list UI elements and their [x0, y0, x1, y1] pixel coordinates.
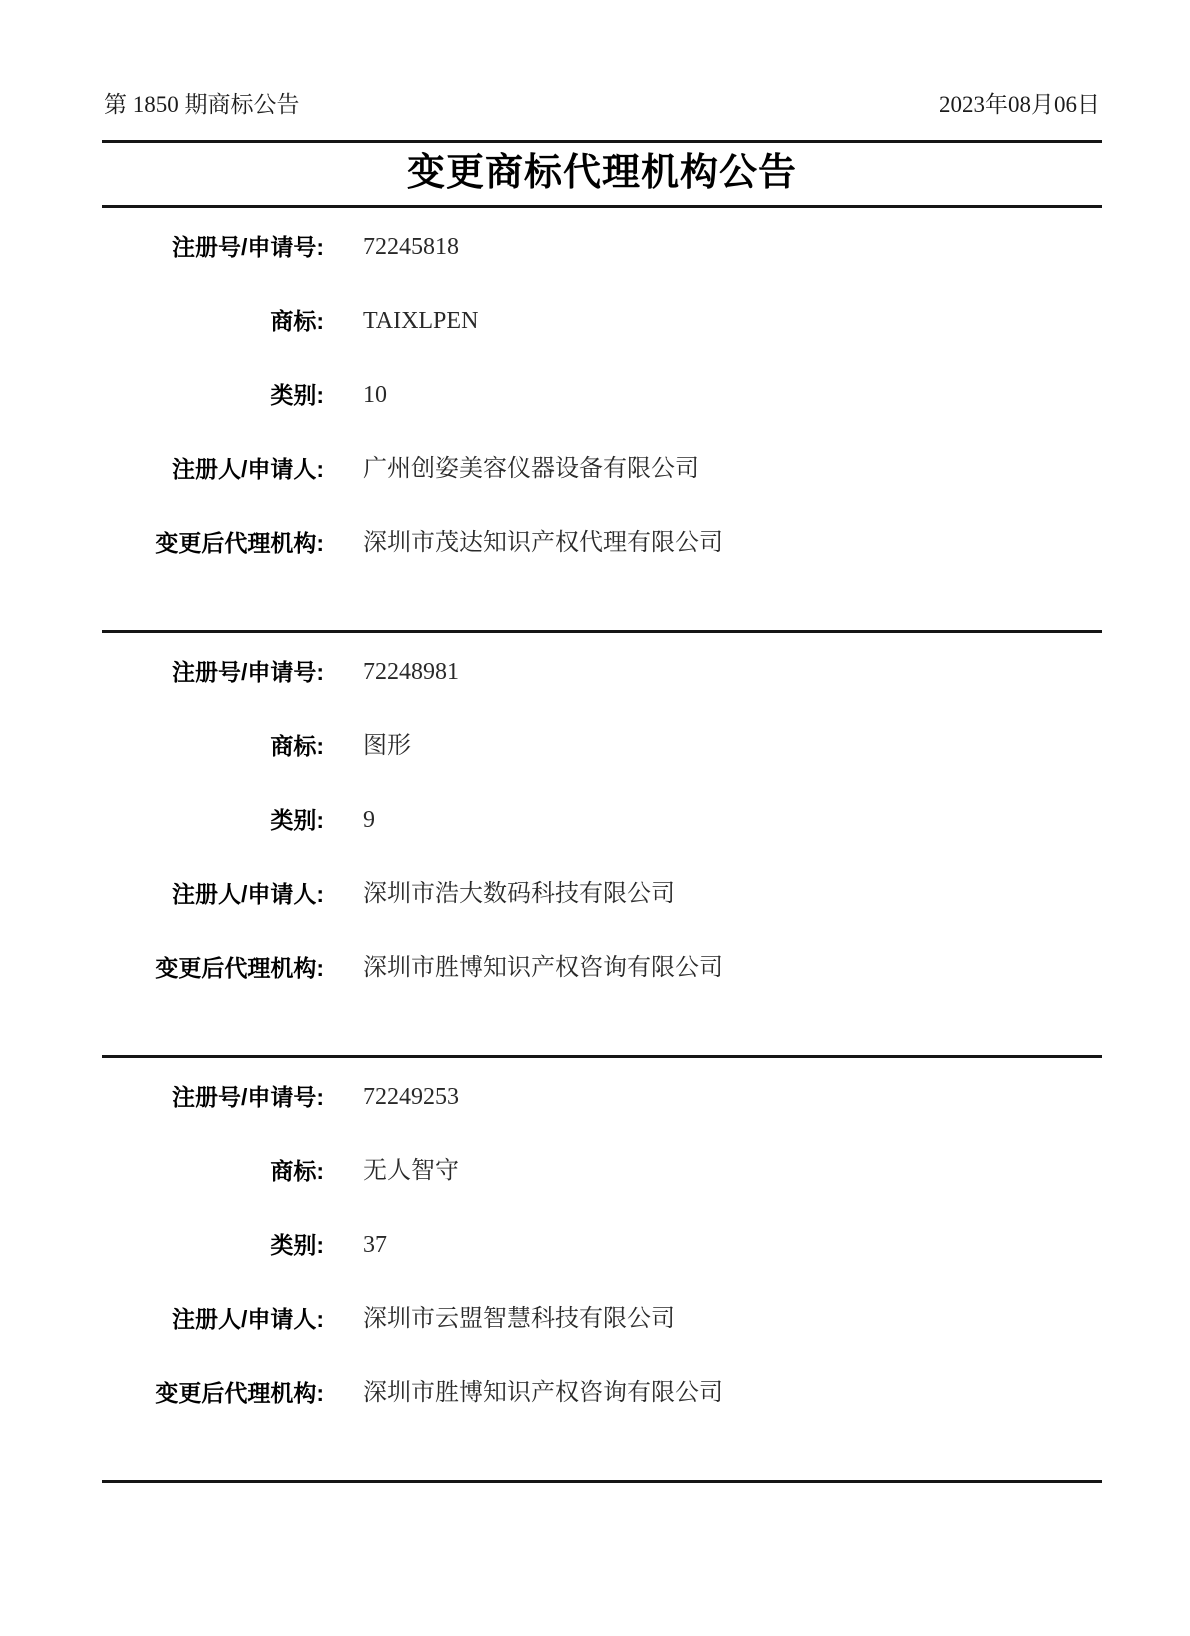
field-value-agency: 深圳市胜博知识产权咨询有限公司 [363, 953, 723, 983]
page-title: 变更商标代理机构公告 [102, 150, 1102, 196]
field-row-reg-no: 注册号/申请号: 72249253 [102, 1082, 1102, 1112]
issue-title: 第 1850 期商标公告 [104, 86, 300, 119]
bottom-rule [102, 1480, 1102, 1483]
field-label-applicant: 注册人/申请人: [102, 1304, 324, 1334]
field-label-reg-no: 注册号/申请号: [102, 1082, 324, 1112]
field-label-trademark: 商标: [102, 731, 324, 761]
field-row-trademark: 商标: 图形 [102, 731, 1102, 761]
header-rule [102, 140, 1102, 143]
field-value-applicant: 深圳市浩大数码科技有限公司 [363, 879, 675, 909]
field-value-agency: 深圳市茂达知识产权代理有限公司 [363, 528, 723, 558]
field-row-agency: 变更后代理机构: 深圳市胜博知识产权咨询有限公司 [102, 1378, 1102, 1408]
field-row-trademark: 商标: TAIXLPEN [102, 306, 1102, 336]
field-value-category: 37 [363, 1230, 387, 1260]
field-value-reg-no: 72245818 [363, 232, 459, 262]
field-row-reg-no: 注册号/申请号: 72248981 [102, 657, 1102, 687]
field-row-category: 类别: 10 [102, 380, 1102, 410]
field-label-applicant: 注册人/申请人: [102, 879, 324, 909]
field-label-agency: 变更后代理机构: [102, 1378, 324, 1408]
field-value-agency: 深圳市胜博知识产权咨询有限公司 [363, 1378, 723, 1408]
record-2: 注册号/申请号: 72248981 商标: 图形 类别: 9 注册人/申请人: … [102, 633, 1102, 1055]
field-value-trademark: TAIXLPEN [363, 306, 478, 336]
field-value-category: 10 [363, 380, 387, 410]
field-value-reg-no: 72248981 [363, 657, 459, 687]
field-value-trademark: 图形 [363, 731, 411, 761]
field-row-applicant: 注册人/申请人: 深圳市云盟智慧科技有限公司 [102, 1304, 1102, 1334]
field-value-trademark: 无人智守 [363, 1156, 459, 1186]
field-value-category: 9 [363, 805, 375, 835]
field-value-applicant: 广州创姿美容仪器设备有限公司 [363, 454, 699, 484]
field-label-applicant: 注册人/申请人: [102, 454, 324, 484]
field-row-agency: 变更后代理机构: 深圳市胜博知识产权咨询有限公司 [102, 953, 1102, 983]
page-header: 第 1850 期商标公告 2023年08月06日 [102, 86, 1102, 119]
field-label-trademark: 商标: [102, 1156, 324, 1186]
header-date: 2023年08月06日 [939, 86, 1100, 119]
field-label-agency: 变更后代理机构: [102, 528, 324, 558]
field-label-category: 类别: [102, 1230, 324, 1260]
field-row-reg-no: 注册号/申请号: 72245818 [102, 232, 1102, 262]
field-value-reg-no: 72249253 [363, 1082, 459, 1112]
field-row-applicant: 注册人/申请人: 广州创姿美容仪器设备有限公司 [102, 454, 1102, 484]
record-1: 注册号/申请号: 72245818 商标: TAIXLPEN 类别: 10 注册… [102, 208, 1102, 630]
field-row-category: 类别: 9 [102, 805, 1102, 835]
field-label-agency: 变更后代理机构: [102, 953, 324, 983]
field-value-applicant: 深圳市云盟智慧科技有限公司 [363, 1304, 675, 1334]
gazette-page: 第 1850 期商标公告 2023年08月06日 变更商标代理机构公告 注册号/… [0, 0, 1190, 1483]
field-label-reg-no: 注册号/申请号: [102, 232, 324, 262]
field-row-applicant: 注册人/申请人: 深圳市浩大数码科技有限公司 [102, 879, 1102, 909]
field-row-trademark: 商标: 无人智守 [102, 1156, 1102, 1186]
field-row-agency: 变更后代理机构: 深圳市茂达知识产权代理有限公司 [102, 528, 1102, 558]
field-row-category: 类别: 37 [102, 1230, 1102, 1260]
field-label-reg-no: 注册号/申请号: [102, 657, 324, 687]
field-label-category: 类别: [102, 380, 324, 410]
field-label-category: 类别: [102, 805, 324, 835]
record-3: 注册号/申请号: 72249253 商标: 无人智守 类别: 37 注册人/申请… [102, 1058, 1102, 1480]
field-label-trademark: 商标: [102, 306, 324, 336]
